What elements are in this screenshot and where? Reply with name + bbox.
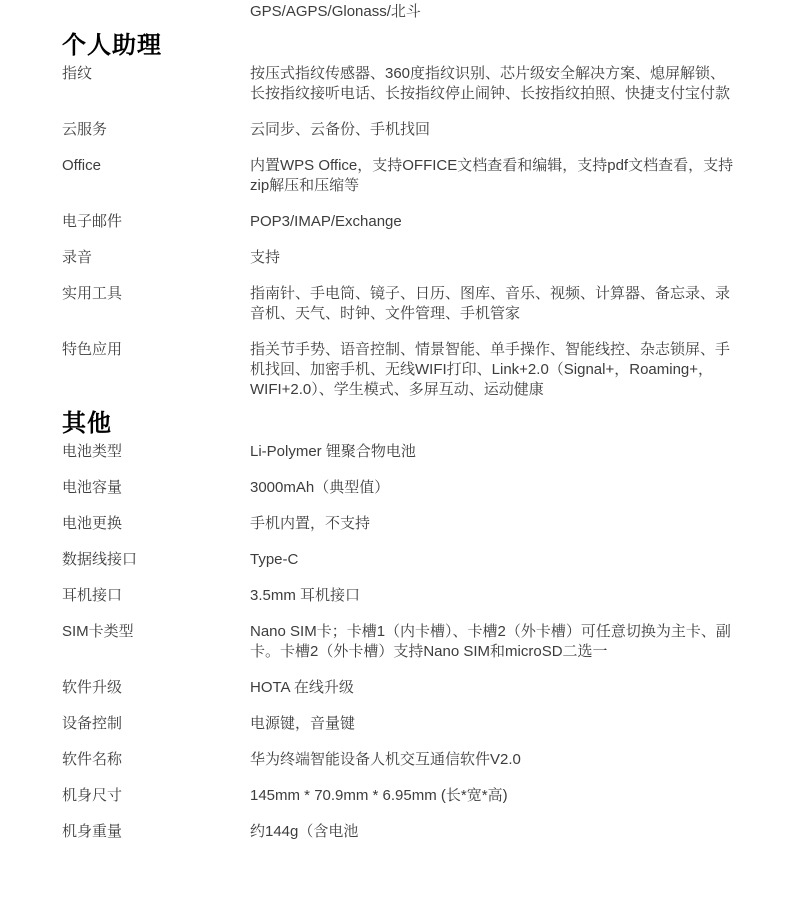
spec-row-featured-apps: 特色应用 指关节手势、语音控制、情景智能、单手操作、智能线控、杂志锁屏、手机找回… <box>62 340 740 400</box>
spec-value: 电源键，音量键 <box>250 714 740 734</box>
spec-value: Type-C <box>250 550 740 570</box>
spec-row-sim-type: SIM卡类型 Nano SIM卡；卡槽1（内卡槽）、卡槽2（外卡槽）可任意切换为… <box>62 622 740 662</box>
spec-label: 耳机接口 <box>62 586 250 606</box>
spec-row-fingerprint: 指纹 按压式指纹传感器、360度指纹识别、芯片级安全解决方案、熄屏解锁、长按指纹… <box>62 64 740 104</box>
spec-row-email: 电子邮件 POP3/IMAP/Exchange <box>62 212 740 232</box>
spec-value: 3.5mm 耳机接口 <box>250 586 740 606</box>
spec-label: 机身尺寸 <box>62 786 250 806</box>
spec-row-device-control: 设备控制 电源键，音量键 <box>62 714 740 734</box>
spec-row-gps: GPS/AGPS/Glonass/北斗 <box>62 2 740 22</box>
spec-row-battery-capacity: 电池容量 3000mAh（典型值） <box>62 478 740 498</box>
spec-page: GPS/AGPS/Glonass/北斗 个人助理 指纹 按压式指纹传感器、360… <box>0 0 790 906</box>
spec-value: 华为终端智能设备人机交互通信软件V2.0 <box>250 750 740 770</box>
spec-value: 指关节手势、语音控制、情景智能、单手操作、智能线控、杂志锁屏、手机找回、加密手机… <box>250 340 740 400</box>
spec-value: 指南针、手电筒、镜子、日历、图库、音乐、视频、计算器、备忘录、录音机、天气、时钟… <box>250 284 740 324</box>
spec-row-headphone-jack: 耳机接口 3.5mm 耳机接口 <box>62 586 740 606</box>
section-title-personal-assistant: 个人助理 <box>62 32 740 60</box>
spec-row-recording: 录音 支持 <box>62 248 740 268</box>
spec-label: 特色应用 <box>62 340 250 360</box>
spec-label: 实用工具 <box>62 284 250 304</box>
spec-row-cloud-service: 云服务 云同步、云备份、手机找回 <box>62 120 740 140</box>
spec-label: 数据线接口 <box>62 550 250 570</box>
spec-label: 机身重量 <box>62 822 250 842</box>
spec-label: 电池更换 <box>62 514 250 534</box>
spec-label: SIM卡类型 <box>62 622 250 642</box>
spec-value: 145mm * 70.9mm * 6.95mm (长*宽*高) <box>250 786 740 806</box>
spec-row-battery-replacement: 电池更换 手机内置，不支持 <box>62 514 740 534</box>
spec-row-office: Office 内置WPS Office，支持OFFICE文档查看和编辑，支持pd… <box>62 156 740 196</box>
spec-value: Nano SIM卡；卡槽1（内卡槽）、卡槽2（外卡槽）可任意切换为主卡、副卡。卡… <box>250 622 740 662</box>
spec-row-body-weight: 机身重量 约144g（含电池 <box>62 822 740 842</box>
spec-row-utilities: 实用工具 指南针、手电筒、镜子、日历、图库、音乐、视频、计算器、备忘录、录音机、… <box>62 284 740 324</box>
spec-row-software-upgrade: 软件升级 HOTA 在线升级 <box>62 678 740 698</box>
spec-label: 设备控制 <box>62 714 250 734</box>
spec-label: 电池容量 <box>62 478 250 498</box>
spec-label: 云服务 <box>62 120 250 140</box>
spec-label: 电子邮件 <box>62 212 250 232</box>
spec-value: 内置WPS Office，支持OFFICE文档查看和编辑，支持pdf文档查看，支… <box>250 156 740 196</box>
spec-label: Office <box>62 156 250 176</box>
spec-value: 支持 <box>250 248 740 268</box>
spec-value: 3000mAh（典型值） <box>250 478 740 498</box>
spec-value: Li-Polymer 锂聚合物电池 <box>250 442 740 462</box>
spec-row-body-dimensions: 机身尺寸 145mm * 70.9mm * 6.95mm (长*宽*高) <box>62 786 740 806</box>
spec-row-software-name: 软件名称 华为终端智能设备人机交互通信软件V2.0 <box>62 750 740 770</box>
spec-label: 指纹 <box>62 64 250 84</box>
spec-value-gps: GPS/AGPS/Glonass/北斗 <box>250 2 740 22</box>
spec-value: 云同步、云备份、手机找回 <box>250 120 740 140</box>
section-title-others: 其他 <box>62 410 740 438</box>
spec-value: HOTA 在线升级 <box>250 678 740 698</box>
spec-label: 软件升级 <box>62 678 250 698</box>
spec-value: 按压式指纹传感器、360度指纹识别、芯片级安全解决方案、熄屏解锁、长按指纹接听电… <box>250 64 740 104</box>
spec-label: 电池类型 <box>62 442 250 462</box>
spec-row-data-port: 数据线接口 Type-C <box>62 550 740 570</box>
spec-value: 手机内置，不支持 <box>250 514 740 534</box>
spec-value: 约144g（含电池 <box>250 822 740 842</box>
spec-value: POP3/IMAP/Exchange <box>250 212 740 232</box>
spec-label: 软件名称 <box>62 750 250 770</box>
spec-label: 录音 <box>62 248 250 268</box>
spec-row-battery-type: 电池类型 Li-Polymer 锂聚合物电池 <box>62 442 740 462</box>
